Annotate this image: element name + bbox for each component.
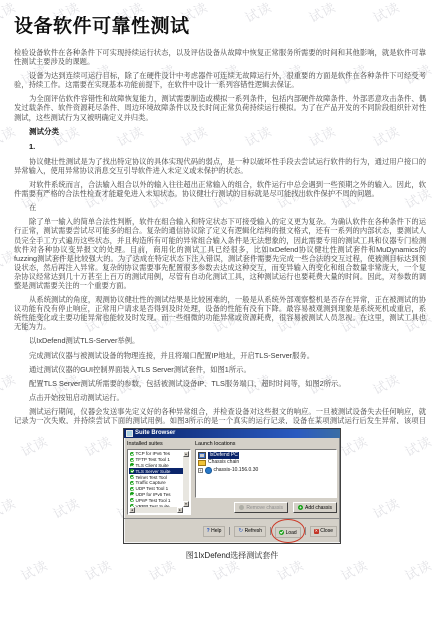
paragraph: 通过测试仪器的GUI控制界面装入TLS Server测试套件，如图1所示。 bbox=[14, 365, 426, 374]
paragraph: 在 bbox=[14, 203, 426, 212]
remove-chassis-button[interactable]: Remove chassis bbox=[234, 502, 288, 513]
launch-locations-tree[interactable]: IxDefend PC Chassis chain + chassis-10.1… bbox=[195, 449, 337, 498]
suite-label: Traffic Capture bbox=[136, 480, 166, 485]
suite-label: UDP Test Tool 1 bbox=[136, 486, 169, 491]
paragraph: 完成测试仪器与被测试设备的物理连接，并且将端口配置IP地址，开启TLS-Serv… bbox=[14, 351, 426, 360]
paragraph: 对软件系统而言，合法输入组合以外的输入往往超出正常输入的组合，软件运行中总会遇到… bbox=[14, 180, 426, 198]
tree-folder-label: Chassis chain bbox=[208, 459, 239, 467]
figure-caption: 图1IxDefend选择测试套件 bbox=[123, 551, 341, 561]
computer-icon bbox=[198, 452, 206, 459]
scroll-up-icon[interactable]: ▲ bbox=[183, 451, 189, 457]
close-label: Close bbox=[320, 528, 333, 534]
suite-label: UDP for IPv6 Tes bbox=[136, 492, 171, 497]
vertical-scrollbar[interactable]: ▲ ▼ bbox=[183, 451, 189, 507]
paragraph: 检验设备软件在各种条件下可实现持续运行状态，以及评估设备从故障中恢复正常服务所需… bbox=[14, 48, 426, 66]
document-page: 试读试读试读试读试读试读试读试读试读试读试读试读试读试读试读试读试读试读试读试读… bbox=[0, 0, 440, 620]
launch-locations-label: Launch locations bbox=[195, 441, 337, 448]
tree-expander-icon[interactable]: + bbox=[198, 468, 203, 473]
installed-suites-label: Installed suites bbox=[127, 441, 191, 448]
paragraph: 设备为达到连续可运行目标，除了在硬件设计中考虑器件可连续无故障运行外，很重要的方… bbox=[14, 71, 426, 89]
divider bbox=[270, 527, 271, 535]
add-chassis-label: Add chassis bbox=[305, 505, 332, 511]
figure-1: Suite Browser Installed suites TCP for I… bbox=[123, 428, 341, 561]
paragraph: 除了单一输入的简单合法性判断，软件在组合输入和特定状态下可接受输入的定义更为复杂… bbox=[14, 217, 426, 290]
paragraph: 协议健壮性测试是为了找出特定协议的具体实现代码的弱点，是一种以破坏性手段去尝试运… bbox=[14, 157, 426, 175]
close-button[interactable]: ✕ Close bbox=[310, 526, 337, 537]
chassis-icon bbox=[205, 467, 212, 474]
folder-icon bbox=[198, 460, 206, 467]
dialog-titlebar[interactable]: Suite Browser bbox=[124, 429, 340, 438]
paragraph: 以IxDefend测试TLS-Server举例。 bbox=[14, 336, 426, 345]
suite-browser-dialog: Suite Browser Installed suites TCP for I… bbox=[123, 428, 341, 544]
help-icon: ? bbox=[207, 528, 210, 534]
divider bbox=[229, 527, 230, 535]
paragraph: 为全面评估软件容错性和故障恢复能力，测试需要制造或模拟一系列条件，包括内部硬件故… bbox=[14, 94, 426, 121]
refresh-icon: ↻ bbox=[238, 529, 243, 534]
paragraph: 配置TLS Server测试所需要的参数，包括被测试设备IP、TLS服务端口、超… bbox=[14, 379, 426, 388]
text-block: 设备软件可靠性测试 检验设备软件在各种条件下可实现持续运行状态，以及评估设备从故… bbox=[14, 16, 426, 424]
section-heading: 测试分类 bbox=[14, 127, 426, 136]
refresh-label: Refresh bbox=[245, 528, 263, 534]
check-icon bbox=[130, 463, 134, 467]
check-icon bbox=[130, 498, 134, 502]
check-icon bbox=[130, 452, 134, 456]
suite-label: TCP for IPv6 Tes bbox=[136, 451, 171, 456]
tree-pc-label: IxDefend PC bbox=[208, 452, 239, 460]
load-check-icon bbox=[279, 530, 284, 535]
add-chassis-icon: + bbox=[298, 505, 303, 510]
tree-chassis-label: chassis-10.156.0.30 bbox=[214, 467, 259, 475]
installed-suites-list[interactable]: TCP for IPv6 Tes TFTP Test Tool 1 TLS Cl… bbox=[127, 449, 191, 515]
suite-label: TLS Client Suite bbox=[136, 463, 169, 468]
load-button[interactable]: Load bbox=[275, 527, 301, 538]
load-label: Load bbox=[286, 530, 297, 536]
paragraph: 从系统测试的角度，观测协议健壮性的测试结果是比较困难的，一般是从系统外部观察整机… bbox=[14, 295, 426, 331]
check-icon bbox=[130, 481, 134, 485]
suite-label: TFTP Test Tool 1 bbox=[136, 457, 170, 462]
check-icon bbox=[130, 492, 134, 496]
tree-item-pc[interactable]: IxDefend PC bbox=[198, 452, 334, 460]
add-chassis-button[interactable]: + Add chassis bbox=[293, 502, 337, 513]
tree-item-chassis[interactable]: + chassis-10.156.0.30 bbox=[198, 467, 334, 475]
scroll-left-icon[interactable]: ◄ bbox=[129, 507, 135, 513]
help-button[interactable]: ? Help bbox=[203, 526, 226, 537]
paragraph: 测试运行期间，仪器会发送事先定义好的各种异常组合，并检查设备对这些报文的响应。一… bbox=[14, 407, 426, 424]
page-title: 设备软件可靠性测试 bbox=[14, 16, 426, 38]
scroll-down-icon[interactable]: ▼ bbox=[183, 501, 189, 507]
list-number: 1. bbox=[14, 142, 426, 151]
horizontal-scrollbar[interactable]: ◄ ► bbox=[129, 507, 183, 513]
check-icon bbox=[130, 458, 134, 462]
help-label: Help bbox=[211, 528, 221, 534]
close-icon: ✕ bbox=[314, 529, 319, 534]
dialog-title: Suite Browser bbox=[135, 430, 175, 437]
check-icon bbox=[130, 475, 134, 479]
suite-label: Telnet Test Tool bbox=[136, 475, 168, 480]
paragraph: 点击开始按钮启动测试运行。 bbox=[14, 393, 426, 402]
refresh-button[interactable]: ↻ Refresh bbox=[234, 526, 266, 537]
document-content: 设备软件可靠性测试 检验设备软件在各种条件下可实现持续运行状态，以及评估设备从故… bbox=[0, 0, 440, 561]
tree-item-chassis-chain[interactable]: Chassis chain bbox=[198, 459, 334, 467]
check-icon bbox=[130, 487, 134, 491]
scroll-right-icon[interactable]: ► bbox=[177, 507, 183, 513]
app-icon bbox=[126, 430, 133, 437]
dialog-buttonbar: ? Help ↻ Refresh Load bbox=[124, 518, 340, 543]
remove-chassis-label: Remove chassis bbox=[246, 505, 283, 511]
remove-chassis-icon bbox=[239, 505, 244, 510]
suite-label: TLS Server Suite bbox=[136, 469, 171, 474]
check-icon bbox=[130, 469, 134, 473]
divider bbox=[305, 527, 306, 535]
suite-label: UPnP Test Tool 1 bbox=[136, 498, 171, 503]
